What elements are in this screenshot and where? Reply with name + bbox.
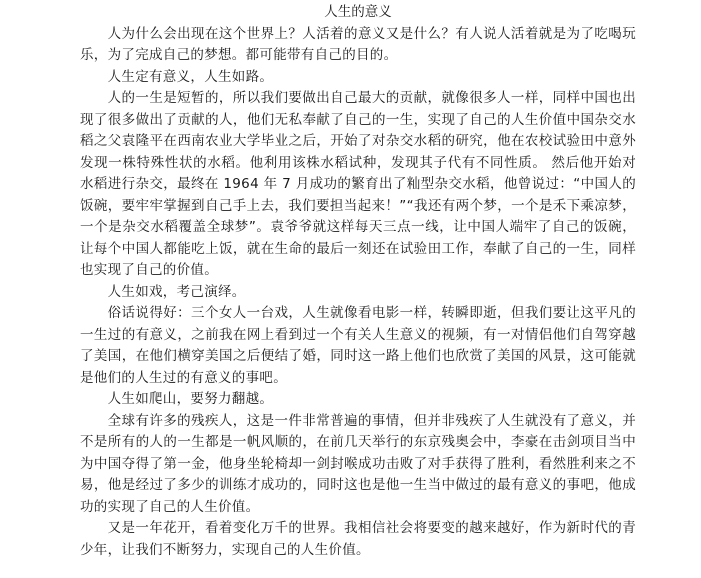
paragraph-heading-life-as-climb: 人生如爬山，要努力翻越。 bbox=[80, 389, 636, 411]
paragraph-couple-story: 俗话说得好：三个女人一台戏，人生就像看电影一样，转瞬即逝，但我们要让这平凡的一生… bbox=[80, 303, 636, 389]
paragraph-heading-life-as-play: 人生如戏，考己演绎。 bbox=[80, 282, 636, 304]
paragraph-yuan-longping: 人的一生是短暂的，所以我们要做出自己最大的贡献，就像很多人一样，同样中国也出现了… bbox=[80, 88, 636, 282]
paragraph-heading-life-as-road: 人生定有意义，人生如路。 bbox=[80, 67, 636, 89]
paragraph-intro: 人为什么会出现在这个世界上？人活着的意义又是什么？有人说人活着就是为了吃喝玩乐，… bbox=[80, 24, 636, 67]
document-title: 人生的意义 bbox=[80, 2, 636, 24]
paragraph-paralympics: 全球有许多的残疾人，这是一件非常普遍的事情，但并非残疾了人生就没有了意义，并不是… bbox=[80, 411, 636, 519]
document-body: 人生的意义 人为什么会出现在这个世界上？人活着的意义又是什么？有人说人活着就是为… bbox=[80, 2, 636, 561]
paragraph-conclusion: 又是一年花开，看着变化万千的世界。我相信社会将要变的越来越好，作为新时代的青少年… bbox=[80, 518, 636, 561]
